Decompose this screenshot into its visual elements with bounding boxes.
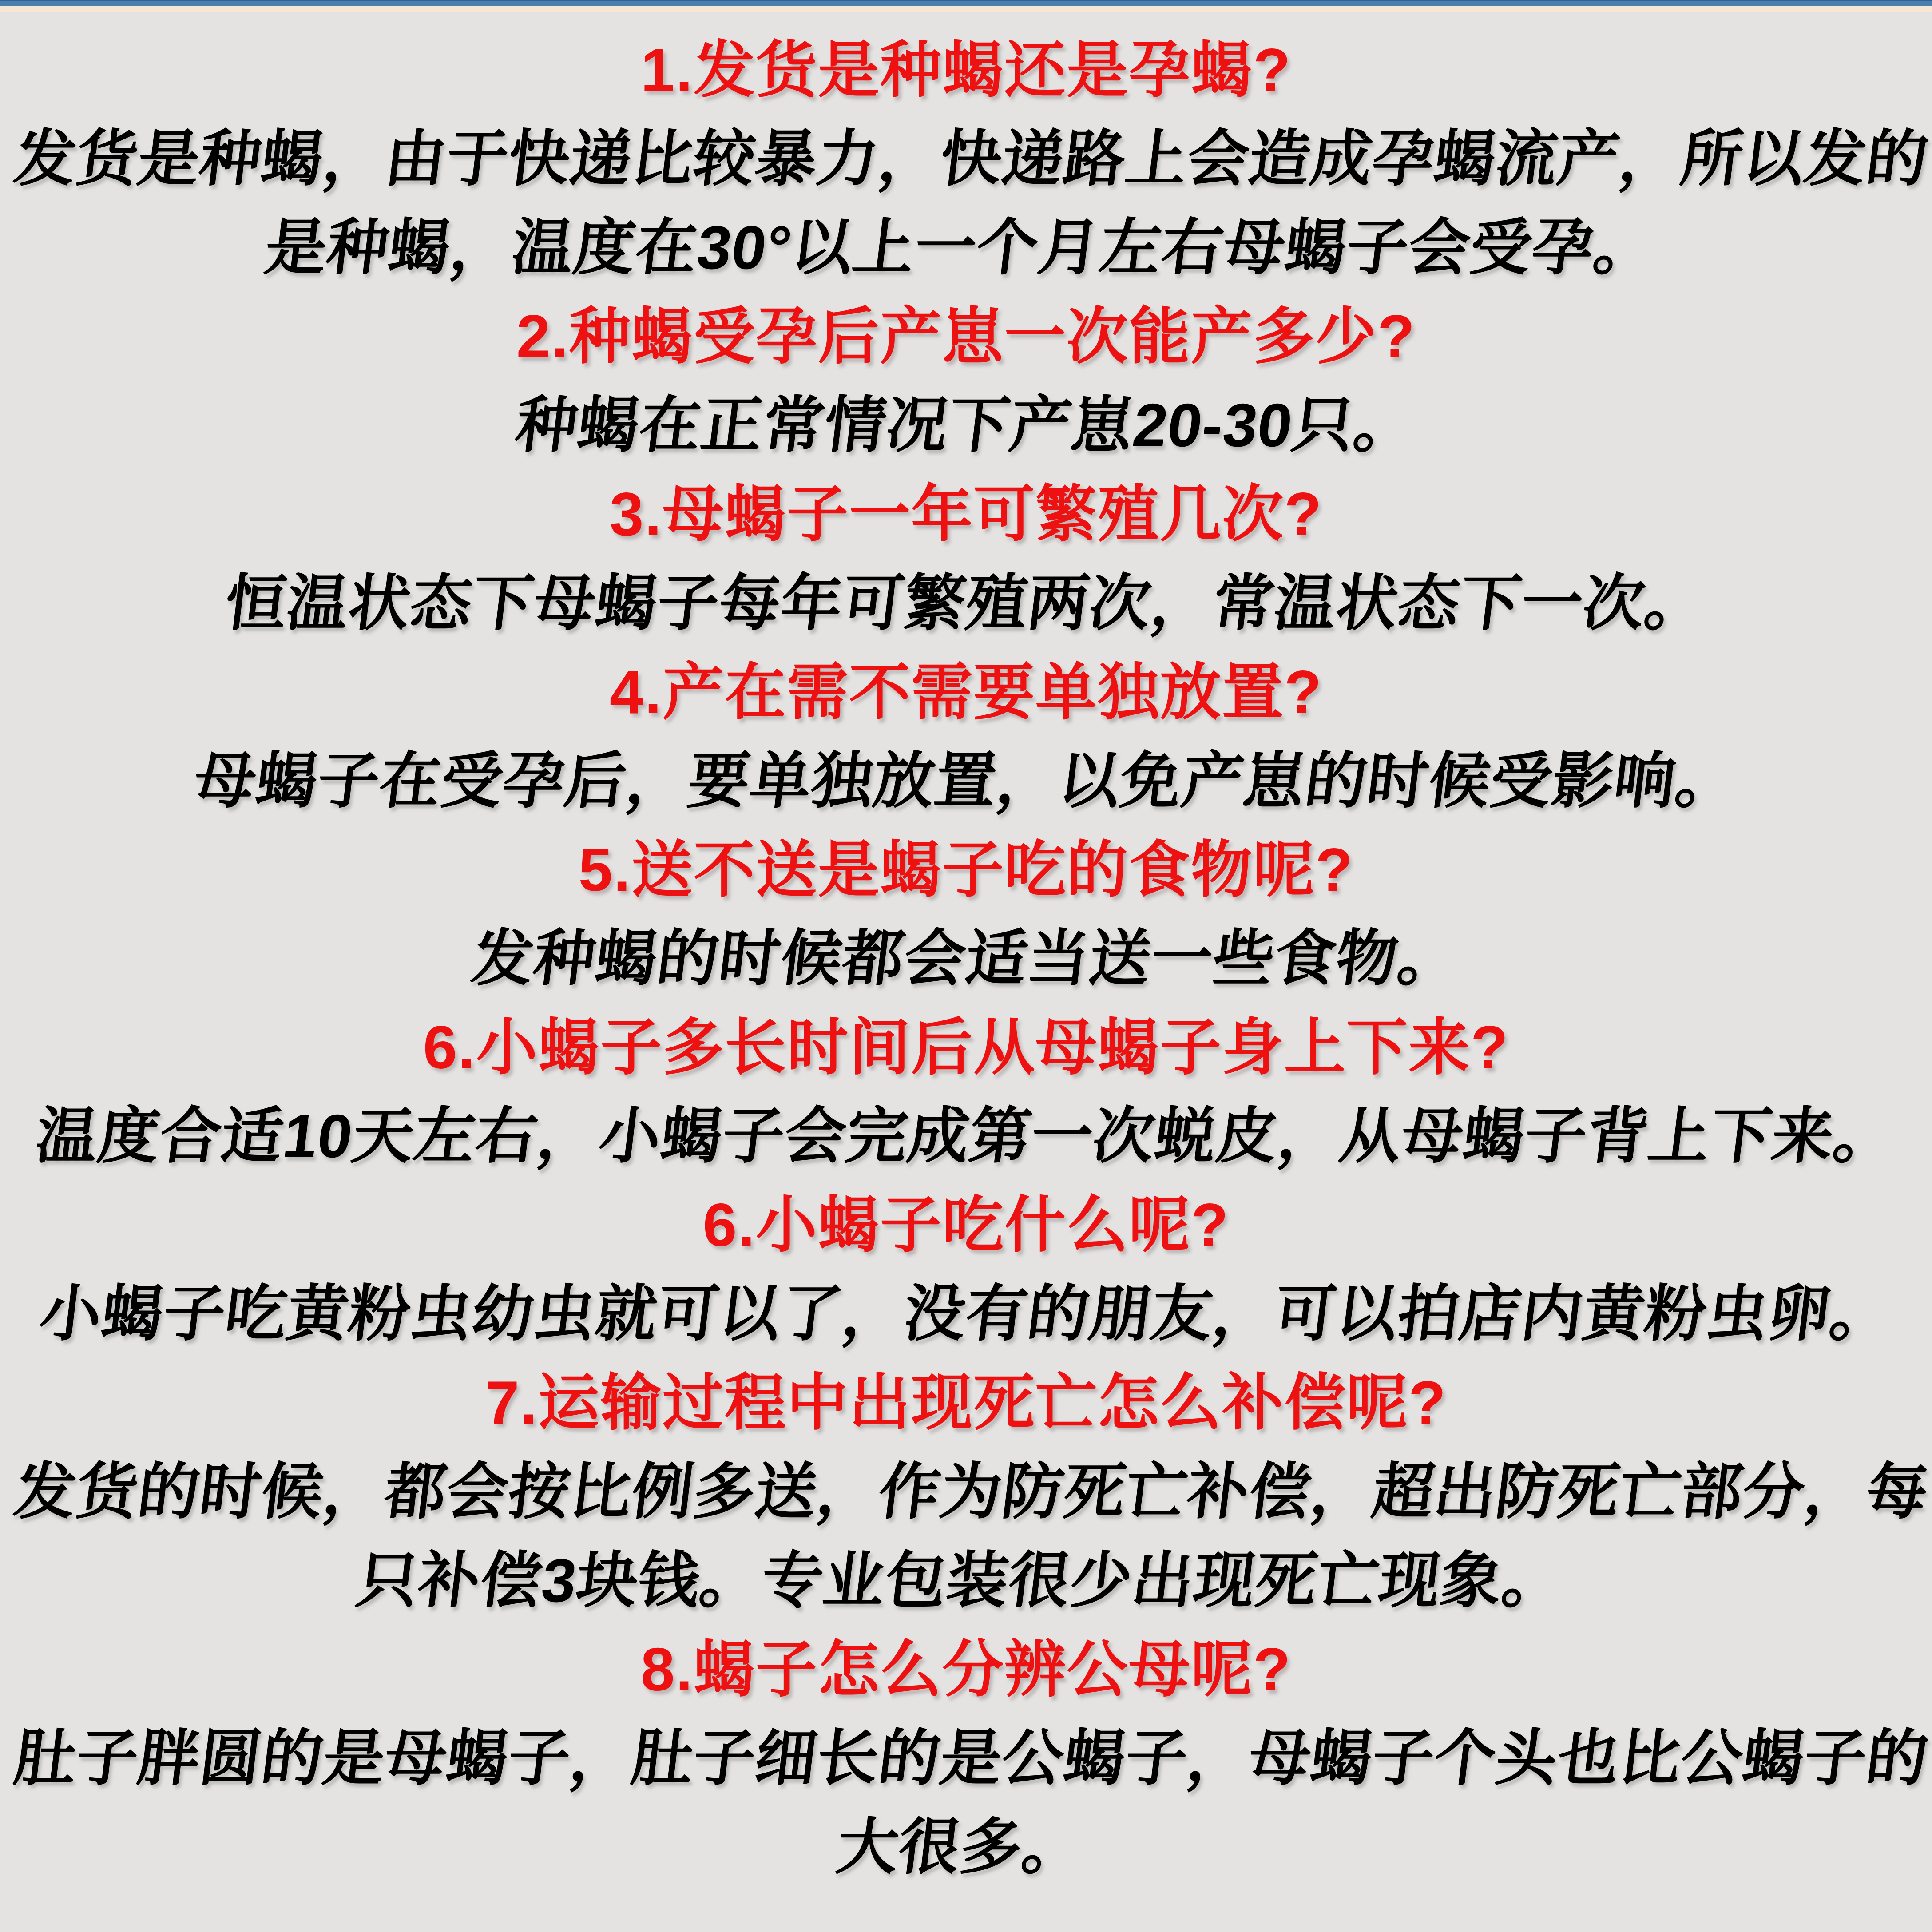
faq-item: 4.产在需不需要单独放置? 母蝎子在受孕后，要单独放置，以免产崽的时候受影响。 <box>0 648 1932 825</box>
faq-item: 6.小蝎子吃什么呢? 小蝎子吃黄粉虫幼虫就可以了，没有的朋友，可以拍店内黄粉虫卵… <box>0 1181 1932 1358</box>
top-blue-bar <box>0 0 1932 6</box>
faq-answer: 小蝎子吃黄粉虫幼虫就可以了，没有的朋友，可以拍店内黄粉虫卵。 <box>0 1269 1932 1358</box>
faq-question: 6.小蝎子多长时间后从母蝎子身上下来? <box>0 1003 1932 1092</box>
faq-question: 4.产在需不需要单独放置? <box>0 648 1932 737</box>
faq-answer: 温度合适10天左右，小蝎子会完成第一次蜕皮，从母蝎子背上下来。 <box>0 1092 1932 1181</box>
faq-answer: 发货的时候，都会按比例多送，作为防死亡补偿，超出防死亡部分，每只补偿3块钱。专业… <box>0 1448 1932 1625</box>
faq-question: 2.种蝎受孕后产崽一次能产多少? <box>0 292 1932 381</box>
top-accent-strip <box>0 6 1932 12</box>
faq-item: 1.发货是种蝎还是孕蝎? 发货是种蝎，由于快递比较暴力，快递路上会造成孕蝎流产，… <box>0 26 1932 292</box>
faq-question: 5.送不送是蝎子吃的食物呢? <box>0 825 1932 914</box>
faq-question: 3.母蝎子一年可繁殖几次? <box>0 470 1932 559</box>
faq-item: 2.种蝎受孕后产崽一次能产多少? 种蝎在正常情况下产崽20-30只。 <box>0 292 1932 470</box>
faq-page: 1.发货是种蝎还是孕蝎? 发货是种蝎，由于快递比较暴力，快递路上会造成孕蝎流产，… <box>0 0 1932 1932</box>
faq-answer: 肚子胖圆的是母蝎子，肚子细长的是公蝎子，母蝎子个头也比公蝎子的大很多。 <box>0 1714 1932 1892</box>
faq-question: 1.发货是种蝎还是孕蝎? <box>0 26 1932 115</box>
faq-answer: 母蝎子在受孕后，要单独放置，以免产崽的时候受影响。 <box>0 737 1932 825</box>
faq-item: 3.母蝎子一年可繁殖几次? 恒温状态下母蝎子每年可繁殖两次，常温状态下一次。 <box>0 470 1932 647</box>
faq-answer: 发货是种蝎，由于快递比较暴力，快递路上会造成孕蝎流产，所以发的是种蝎，温度在30… <box>0 115 1932 292</box>
faq-question: 8.蝎子怎么分辨公母呢? <box>0 1625 1932 1714</box>
faq-question: 7.运输过程中出现死亡怎么补偿呢? <box>0 1358 1932 1447</box>
faq-item: 6.小蝎子多长时间后从母蝎子身上下来? 温度合适10天左右，小蝎子会完成第一次蜕… <box>0 1003 1932 1181</box>
faq-answer: 恒温状态下母蝎子每年可繁殖两次，常温状态下一次。 <box>0 559 1932 648</box>
faq-item: 5.送不送是蝎子吃的食物呢? 发种蝎的时候都会适当送一些食物。 <box>0 825 1932 1003</box>
faq-list: 1.发货是种蝎还是孕蝎? 发货是种蝎，由于快递比较暴力，快递路上会造成孕蝎流产，… <box>0 12 1932 1892</box>
faq-answer: 发种蝎的时候都会适当送一些食物。 <box>0 914 1932 1003</box>
faq-answer: 种蝎在正常情况下产崽20-30只。 <box>0 381 1932 470</box>
faq-question: 6.小蝎子吃什么呢? <box>0 1181 1932 1269</box>
faq-item: 8.蝎子怎么分辨公母呢? 肚子胖圆的是母蝎子，肚子细长的是公蝎子，母蝎子个头也比… <box>0 1625 1932 1892</box>
faq-item: 7.运输过程中出现死亡怎么补偿呢? 发货的时候，都会按比例多送，作为防死亡补偿，… <box>0 1358 1932 1625</box>
